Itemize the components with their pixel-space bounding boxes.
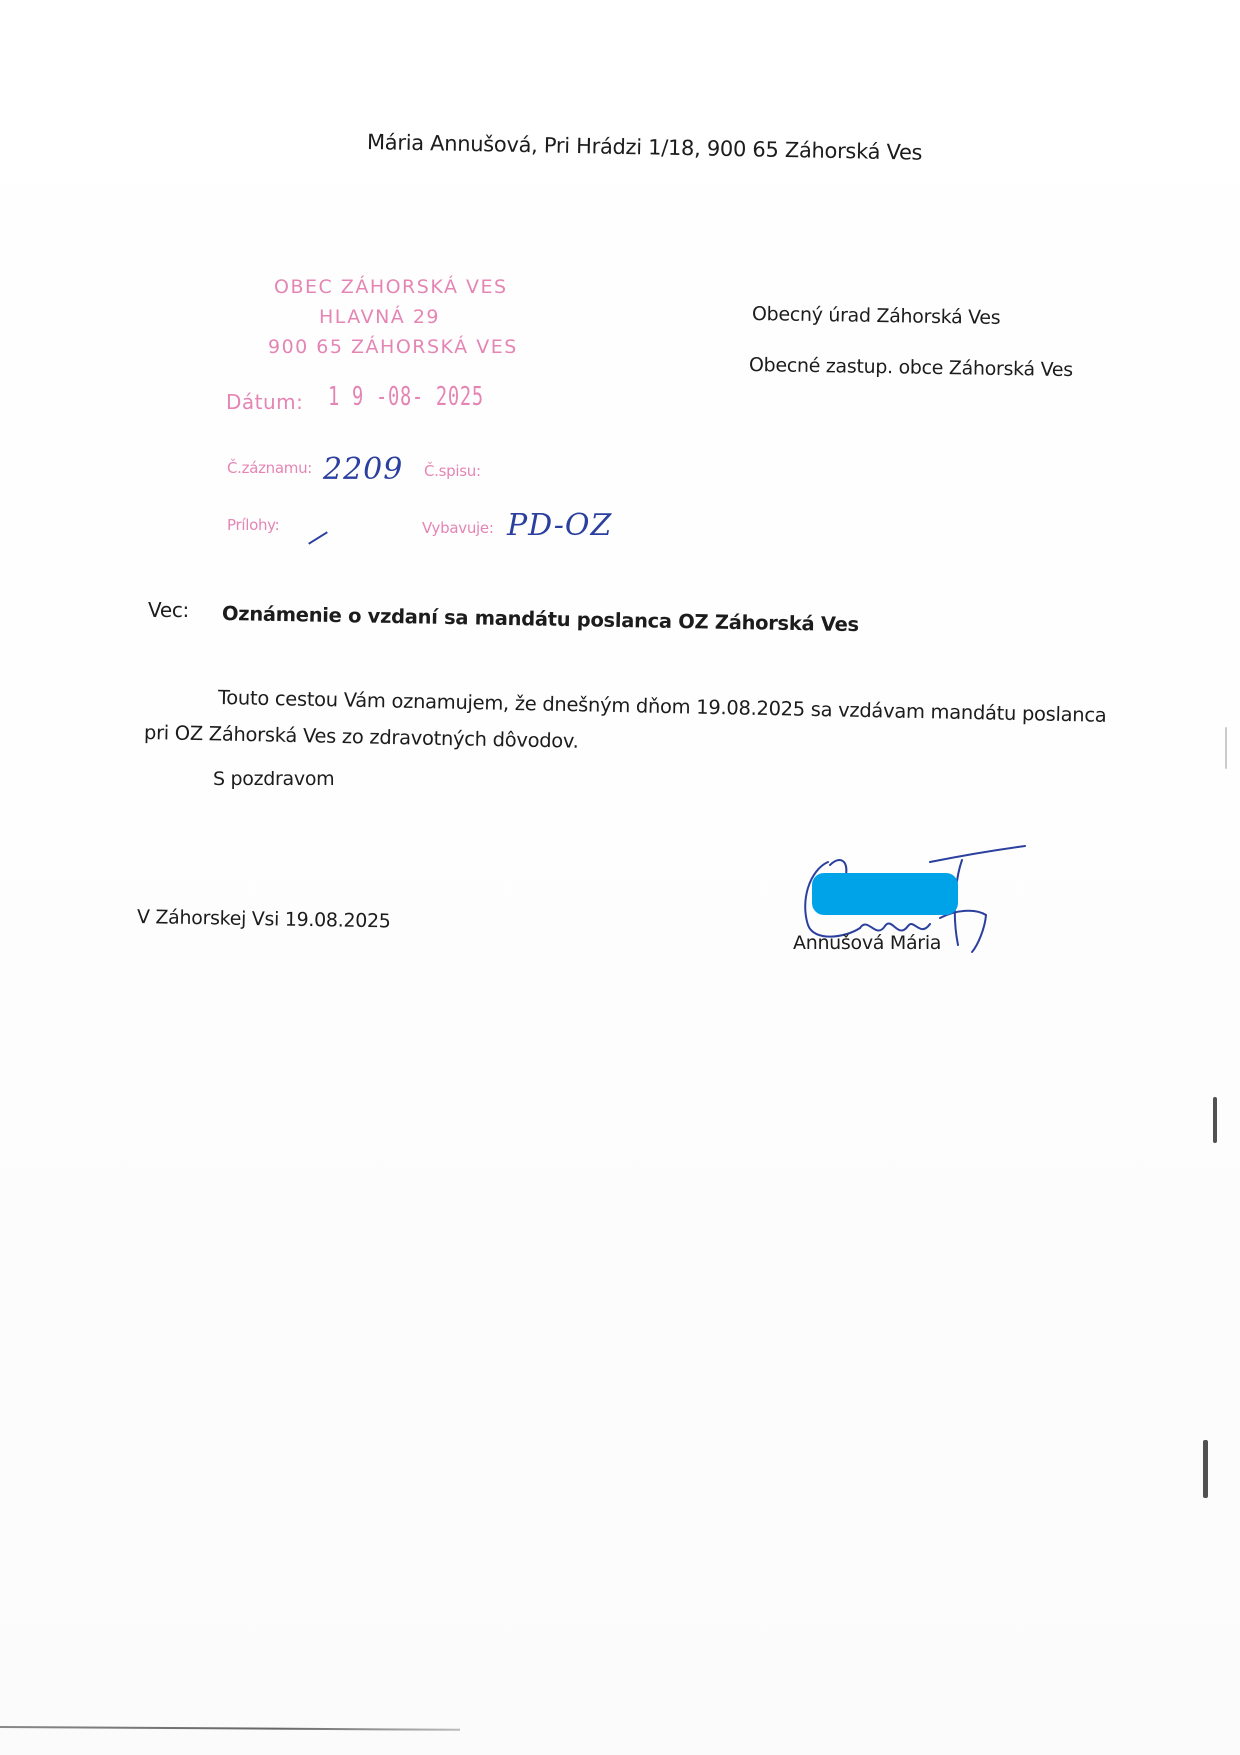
subject-label: Vec: [148, 598, 189, 622]
subject-text: Oznámenie o vzdaní sa mandátu poslanca O… [222, 602, 859, 636]
handwritten-handled-by: PD-OZ [507, 508, 612, 543]
signature-redaction [812, 873, 958, 915]
body-line-2: pri OZ Záhorská Ves zo zdravotných dôvod… [144, 721, 579, 753]
stamp-file-number-label: Č.spisu: [424, 462, 481, 480]
handwritten-attachments-dash [308, 531, 328, 544]
signature-name: Annušová Mária [793, 932, 941, 954]
scanned-letter-page: Mária Annušová, Pri Hrádzi 1/18, 900 65 … [0, 0, 1240, 1755]
sender-address: Mária Annušová, Pri Hrádzi 1/18, 900 65 … [367, 130, 923, 165]
handwritten-record-number: 2209 [323, 452, 403, 487]
stamp-postal: 900 65 ZÁHORSKÁ VES [268, 336, 518, 358]
greeting: S pozdravom [213, 768, 334, 790]
scan-artifact [1203, 1440, 1208, 1498]
recipient-line-2: Obecné zastup. obce Záhorská Ves [749, 354, 1073, 381]
scan-artifact [1225, 727, 1227, 769]
recipient-line-1: Obecný úrad Záhorská Ves [752, 303, 1001, 329]
stamp-municipality: OBEC ZÁHORSKÁ VES [274, 276, 508, 298]
body-line-1: Touto cestou Vám oznamujem, že dnešným d… [218, 686, 1107, 727]
stamp-date-value: 1 9 -08- 2025 [328, 382, 484, 412]
scan-edge-line [0, 1726, 460, 1731]
scan-artifact [1213, 1097, 1217, 1143]
stamp-attachments-label: Prílohy: [227, 516, 279, 534]
place-and-date: V Záhorskej Vsi 19.08.2025 [137, 906, 391, 932]
stamp-handled-by-label: Vybavuje: [422, 519, 494, 537]
stamp-record-number-label: Č.záznamu: [227, 459, 312, 477]
stamp-date-label: Dátum: [226, 390, 303, 414]
stamp-street: HLAVNÁ 29 [319, 306, 440, 328]
